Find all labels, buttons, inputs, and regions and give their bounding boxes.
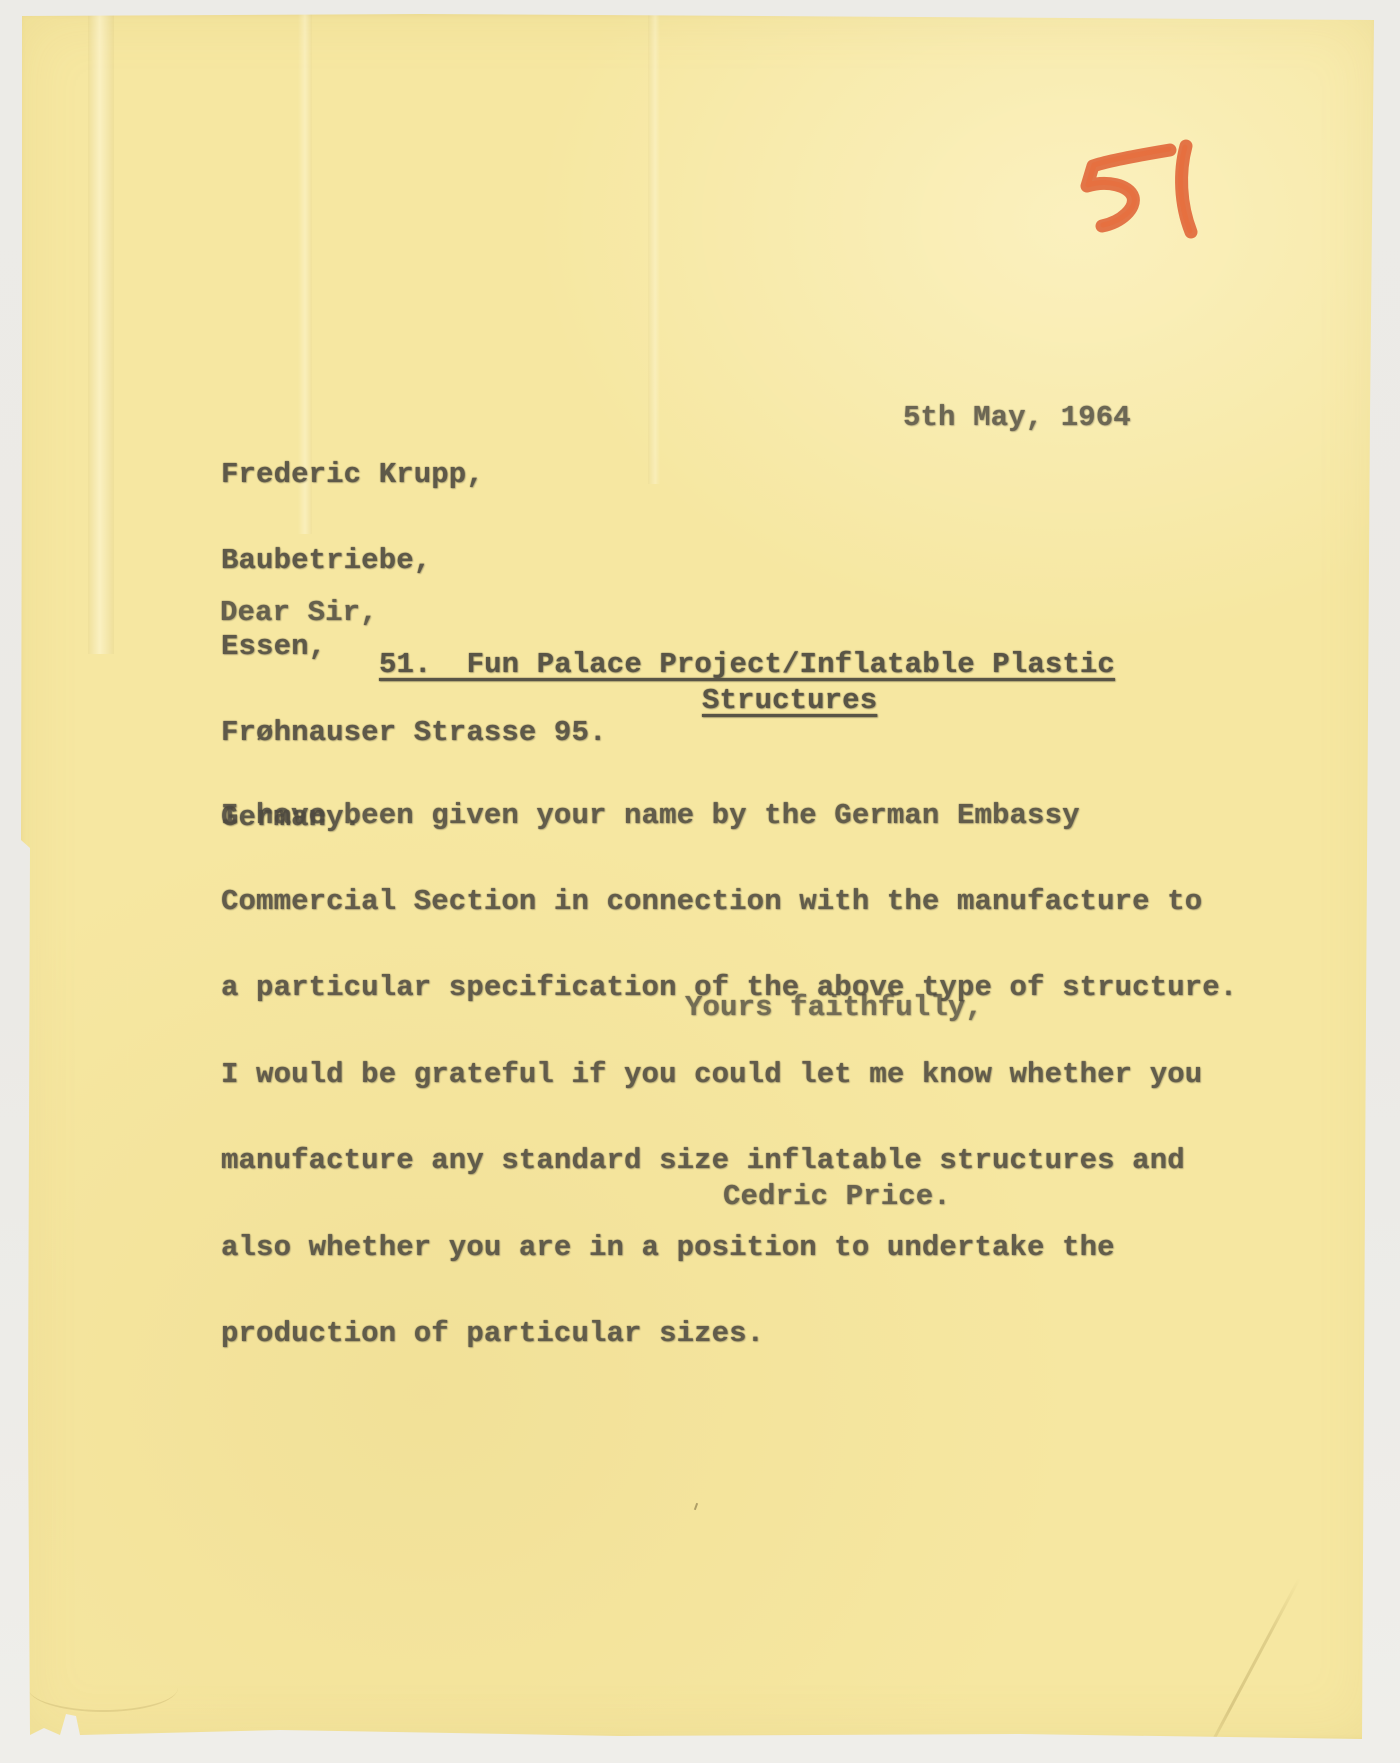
paper-crease-vertical-center [648, 14, 660, 484]
body-line: also whether you are in a position to un… [221, 1234, 1237, 1263]
address-line: Baubetriebe, [221, 547, 607, 576]
signature: Cedric Price. [723, 1183, 951, 1212]
scan-background: { "document": { "archival_number": "51",… [0, 0, 1400, 1763]
salutation: Dear Sir, [220, 599, 378, 628]
red-crayon-51-icon [1060, 128, 1220, 248]
letter-paper: 51 Frederic Krupp, Baubetriebe, Essen, F… [20, 14, 1376, 1740]
body-line: production of particular sizes. [221, 1320, 1237, 1349]
paper-crease-bottom-right [1200, 1577, 1301, 1763]
body-line: I would be grateful if you could let me … [221, 1061, 1237, 1090]
subject-line-2: Structures [702, 687, 877, 716]
paper-crease-bottom-left [28, 1664, 178, 1712]
body-line: Commercial Section in connection with th… [221, 888, 1237, 917]
address-line: Frederic Krupp, [221, 461, 607, 490]
paper-speck [694, 1503, 698, 1510]
closing: Yours faithfully, [685, 994, 983, 1023]
subject-line-1: 51. Fun Palace Project/Inflatable Plasti… [379, 651, 1115, 680]
letter-date: 5th May, 1964 [903, 404, 1131, 433]
body-line: I have been given your name by the Germa… [221, 802, 1237, 831]
body-line: manufacture any standard size inflatable… [221, 1147, 1237, 1176]
handwritten-annotation-51: 51 [1060, 128, 1220, 248]
paper-crease-vertical-left [88, 14, 114, 654]
letter-body: I have been given your name by the Germa… [221, 744, 1237, 1406]
address-line: Frøhnauser Strasse 95. [221, 719, 607, 748]
